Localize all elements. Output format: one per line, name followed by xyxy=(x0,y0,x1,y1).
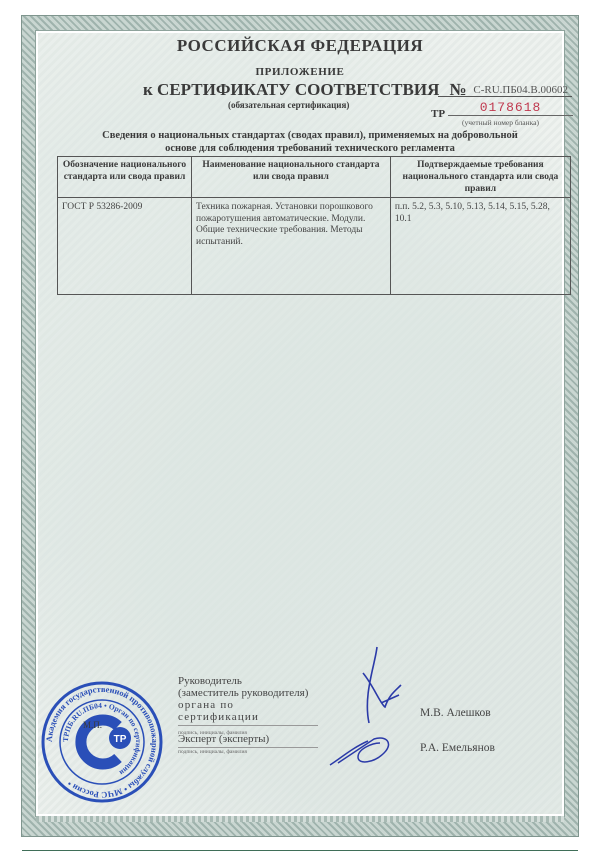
table-header-row: Обозначение национального стандарта или … xyxy=(58,157,571,198)
head-name: М.В. Алешков xyxy=(420,707,491,719)
head-label-line1: Руководитель xyxy=(178,675,318,687)
annex-title: ПРИЛОЖЕНИЕ xyxy=(0,66,600,78)
blank-number-caption: (учетный номер бланка) xyxy=(462,118,539,127)
page-edge-line xyxy=(22,850,578,851)
certificate-title: к СЕРТИФИКАТУ СООТВЕТСТВИЯ№ xyxy=(143,80,466,100)
head-label-line3: органа по сертификации xyxy=(178,699,318,723)
expert-signature-label: Эксперт (эксперты) подпись, инициалы, фа… xyxy=(178,733,318,755)
stamp-mp-label: М.П. xyxy=(83,720,102,730)
country-title: РОССИЙСКАЯ ФЕДЕРАЦИЯ xyxy=(0,36,600,56)
microtext-strip xyxy=(36,816,564,822)
head-signature-label: Руководитель (заместитель руководителя) … xyxy=(178,675,318,739)
certificate-number: C-RU.ПБ04.В.00602 xyxy=(438,84,572,97)
table-row: ГОСТ Р 53286-2009 Техника пожарная. Уста… xyxy=(58,198,571,295)
expert-label: Эксперт (эксперты) xyxy=(178,733,318,745)
cell-designation: ГОСТ Р 53286-2009 xyxy=(58,198,192,295)
blank-number: 0178618 xyxy=(448,100,573,116)
column-header-designation: Обозначение национального стандарта или … xyxy=(58,157,192,198)
column-header-requirements: Подтверждаемые требования национального … xyxy=(390,157,570,198)
section-heading-line2: основе для соблюдения требований техниче… xyxy=(60,142,560,155)
standards-table: Обозначение национального стандарта или … xyxy=(57,156,571,295)
head-label-line2: (заместитель руководителя) xyxy=(178,687,318,699)
expert-signature-caption: подпись, инициалы, фамилия xyxy=(178,747,318,755)
section-heading: Сведения о национальных стандартах (свод… xyxy=(60,129,560,155)
tp-label: ТР xyxy=(431,108,445,120)
cell-requirements: п.п. 5.2, 5.3, 5.10, 5.13, 5.14, 5.15, 5… xyxy=(390,198,570,295)
cell-name: Техника пожарная. Установки порошкового … xyxy=(192,198,391,295)
svg-text:ТР: ТР xyxy=(114,734,127,745)
head-signature-icon xyxy=(355,645,415,725)
column-header-name: Наименование национального стандарта или… xyxy=(192,157,391,198)
expert-name: Р.А. Емельянов xyxy=(420,742,495,754)
certificate-title-text: к СЕРТИФИКАТУ СООТВЕТСТВИЯ xyxy=(143,80,439,99)
expert-signature-icon xyxy=(328,733,398,769)
section-heading-line1: Сведения о национальных стандартах (свод… xyxy=(60,129,560,142)
mandatory-note: (обязательная сертификация) xyxy=(228,100,349,110)
certification-stamp-icon: Академия государственной противопожарной… xyxy=(40,680,164,804)
